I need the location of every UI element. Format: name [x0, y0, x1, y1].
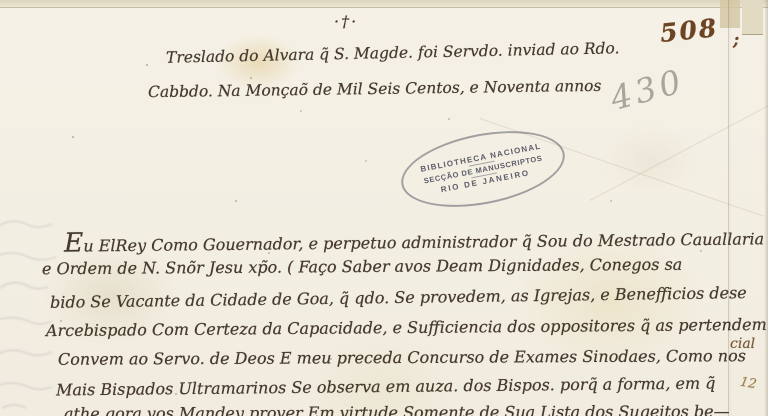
- body-line: Convem ao Servo. de Deos E meu preceda C…: [58, 346, 746, 369]
- header-line-2: Cabbdo. Na Monçaõ de Mil Seis Centos, e …: [148, 77, 602, 101]
- body-line: Mais Bispados Ultramarinos Se observa em…: [56, 374, 716, 400]
- body-line: bido Se Vacante da Cidade de Goa, q̃ qdo…: [50, 283, 747, 312]
- page-top-edge: [0, 0, 768, 8]
- page-right-edge: [764, 0, 768, 416]
- pencil-shelf-number: 430: [606, 61, 689, 118]
- repair-tape-patch-2: [742, 0, 763, 35]
- folio-punctuation-mark: ;: [733, 30, 739, 50]
- margin-note-cial: cial: [730, 336, 755, 352]
- repair-tape-patch-1: [720, 0, 740, 28]
- manuscript-page: ·†· 508 ; 430 Treslado do Alvara q̃ S. M…: [0, 0, 768, 416]
- body-line: athe gora vos Mandey prover Em virtude S…: [64, 402, 730, 416]
- library-oval-stamp: BIBLIOTHECA NACIONAL SECÇÃO DE MANUSCRIP…: [395, 119, 571, 219]
- body-line: e Ordem de N. Snõr Jesu xp̃o. ( Faço Sab…: [42, 255, 682, 278]
- body-line: Arcebispado Com Certeza da Capacidade, e…: [46, 315, 767, 340]
- margin-note-flourish: 12: [739, 375, 758, 393]
- invocation-cross-mark: ·†·: [334, 12, 358, 31]
- header-line-1: Treslado do Alvara q̃ S. Magde. foi Serv…: [166, 39, 620, 66]
- folio-number: 508: [659, 13, 720, 48]
- body-line: Eu ElRey Como Gouernador, e perpetuo adm…: [64, 220, 764, 258]
